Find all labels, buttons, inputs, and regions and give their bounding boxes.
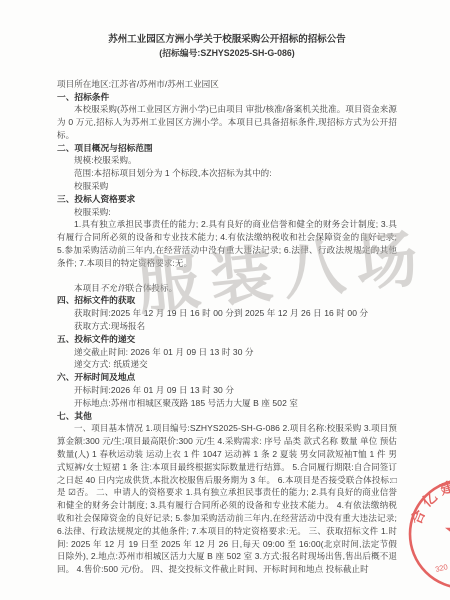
scope-line: 范围:本招标项目划分为 1 个标段,本次招标为其中的: <box>57 167 397 180</box>
document-body: 苏州工业园区方洲小学关于校服采购公开招标的招标公告 (招标编号:SZHYS202… <box>0 0 450 576</box>
scanned-tender-document: 苏州工业园区方洲小学关于校服采购公开招标的招标公告 (招标编号:SZHYS202… <box>0 0 450 600</box>
submission-deadline-line: 递交截止时间: 2026 年 01 月 09 日 13 时 30 分 <box>57 346 397 359</box>
obtain-method-line: 获取方式:现场报名 <box>57 320 397 333</box>
note-prefix: 本项目 <box>74 283 100 293</box>
section-heading-3: 三、投标人资格要求 <box>57 193 397 206</box>
qualification-list: 1.具有独立承担民事责任的能力; 2.具有良好的商业信誉和健全的财务会计制度; … <box>57 218 397 269</box>
section-1-paragraph: 本校服采购(苏州工业园区方洲小学)已由项目 审批/核准/备案机关批准。项目资金来… <box>57 103 397 141</box>
project-location-line: 项目所在地区:江苏省/苏州市/苏州工业园区 <box>57 78 397 91</box>
opening-location-line: 开标地点:苏州市相城区聚茂路 185 号活力大厦 B 座 502 室 <box>57 397 397 410</box>
note-suffix: 联合体投标。 <box>126 283 178 293</box>
other-details-paragraph: 一、项目基本情况 1.项目编号:SZHYS2025-SH-G-086 2.项目名… <box>57 422 397 576</box>
note-emphasis: 不允许 <box>100 283 126 293</box>
obtain-time-line: 获取时间:2025 年 12 月 19 日 16 时 00 分到 2025 年 … <box>57 307 397 320</box>
section-heading-2: 二、项目概况与招标范围 <box>57 142 397 155</box>
section-heading-6: 六、开标时间及地点 <box>57 371 397 384</box>
section-heading-1: 一、招标条件 <box>57 91 397 104</box>
scope-item: 校服采购 <box>57 180 397 193</box>
section-heading-4: 四、招标文件的获取 <box>57 294 397 307</box>
scale-line: 规模:校服采购。 <box>57 154 397 167</box>
document-title: 苏州工业园区方洲小学关于校服采购公开招标的招标公告 <box>57 33 397 46</box>
section-heading-5: 五、投标文件的递交 <box>57 333 397 346</box>
submission-method-line: 递交方式: 纸质递交 <box>57 358 397 371</box>
qualification-intro: 校服采购: <box>57 206 397 219</box>
tender-number: (招标编号:SZHYS2025-SH-G-086) <box>57 47 397 59</box>
no-consortium-note: 本项目不允许联合体投标。 <box>57 282 397 295</box>
section-heading-7: 七、其他 <box>57 410 397 423</box>
opening-time-line: 开标时间:2026 年 01 月 09 日 13 时 30 分 <box>57 384 397 397</box>
